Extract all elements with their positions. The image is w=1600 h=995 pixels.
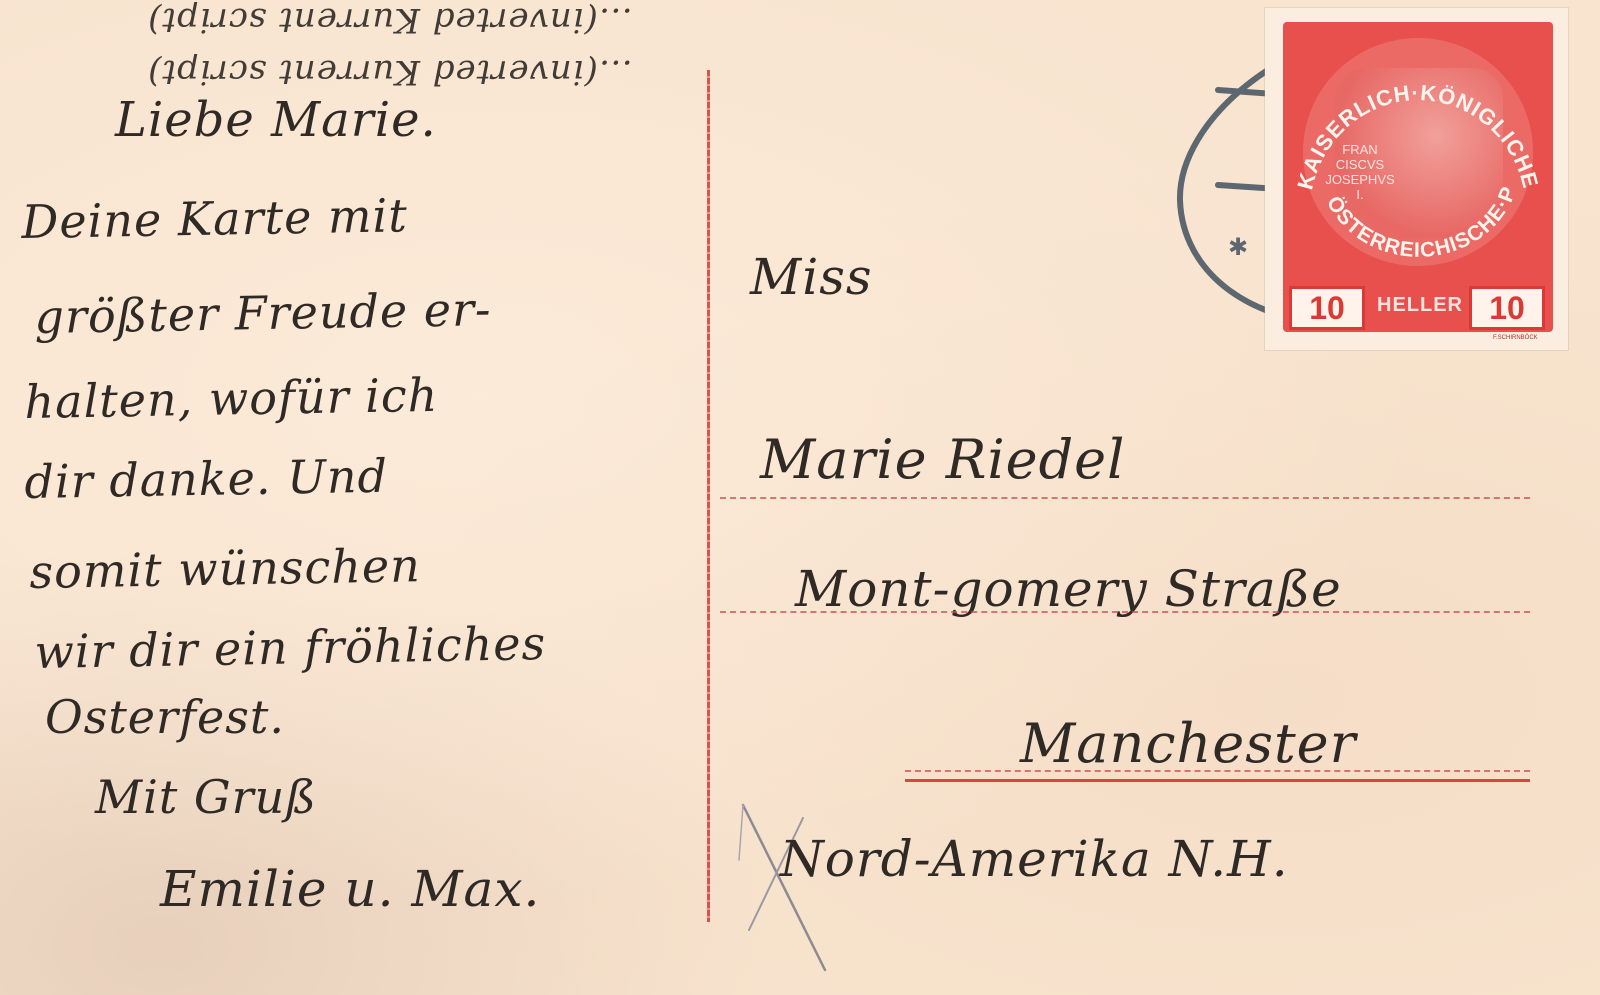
stamp-print-area: KAISERLICH·KÖNIGLICHE ÖSTERREICHISCHE·PO… <box>1283 22 1553 332</box>
address-street: Mont-gomery Straße <box>795 560 1342 618</box>
message-line: Deine Karte mit <box>21 188 408 249</box>
address-city: Manchester <box>1020 712 1356 775</box>
message-signature: Emilie u. Max. <box>160 860 540 918</box>
stamp-value-right: 10 <box>1469 286 1545 330</box>
stamp-denomination: HELLER <box>1375 294 1465 317</box>
address-name: Marie Riedel <box>760 428 1125 491</box>
stamp-value-left: 10 <box>1289 286 1365 330</box>
address-line-1 <box>720 497 1530 499</box>
message-line: halten, wofür ich <box>24 368 439 429</box>
address-line-2 <box>720 611 1530 613</box>
stamp-portrait-caption: FRAN CISCVS JOSEPHVS I. <box>1315 142 1405 202</box>
message-greeting: Liebe Marie. <box>115 92 437 148</box>
message-closing: Mit Gruß <box>95 770 317 824</box>
center-divider <box>707 70 710 922</box>
message-line: wir dir ein fröhliches <box>34 616 547 679</box>
address-underline-red <box>905 779 1530 782</box>
message-inverted-line-1: …(inverted Kurrent script) <box>110 0 670 40</box>
svg-text:✱: ✱ <box>1228 233 1248 261</box>
message-inverted-line-2: …(inverted Kurrent script) <box>110 52 670 92</box>
address-country: Nord-Amerika N.H. <box>780 830 1289 888</box>
address-salutation: Miss <box>750 248 873 306</box>
message-line: somit wünschen <box>29 538 421 599</box>
stamp-engraver: F.SCHIRNBÖCK <box>1493 335 1538 341</box>
postage-stamp: KAISERLICH·KÖNIGLICHE ÖSTERREICHISCHE·PO… <box>1265 8 1568 350</box>
message-line: größter Freude er- <box>34 282 492 344</box>
message-line: dir danke. Und <box>24 449 388 509</box>
address-line-3 <box>905 770 1530 772</box>
message-line: Osterfest. <box>45 690 285 744</box>
postcard: …(inverted Kurrent script) …(inverted Ku… <box>0 0 1600 995</box>
